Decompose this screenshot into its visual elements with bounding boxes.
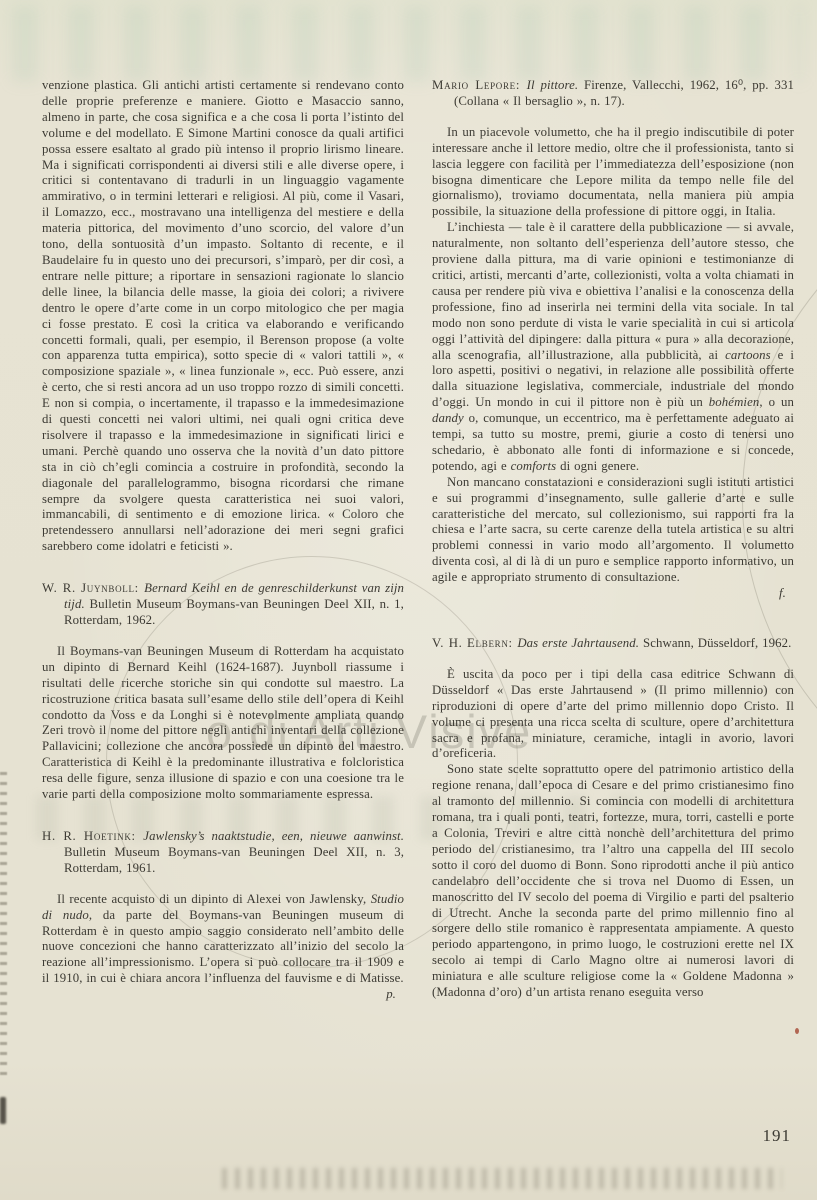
bottom-show-through xyxy=(222,1168,782,1189)
juynboll-review-paragraph: Il Boymans-van Beuningen Museum di Rotte… xyxy=(42,644,404,803)
lepore-entry-heading: Mario Lepore: Il pittore. Firenze, Valle… xyxy=(432,78,794,110)
italic-term: comforts xyxy=(511,459,557,473)
lepore-review-paragraph-1: In un piacevole volumetto, che ha il pre… xyxy=(432,125,794,220)
text-segment: di ogni genere. xyxy=(556,459,639,473)
entry-author: Mario Lepore: xyxy=(432,78,527,92)
italic-term: cartoons xyxy=(725,348,771,362)
lepore-review-paragraph-3: Non mancano constatazioni e considerazio… xyxy=(432,475,794,586)
entry-imprint: Bulletin Museum Boymans-van Beuningen De… xyxy=(64,597,404,627)
italic-term: bohémien xyxy=(709,395,760,409)
hoetink-review-paragraph: Il recente acquisto di un dipinto di Ale… xyxy=(42,892,404,987)
elbern-entry-heading: V. H. Elbern: Das erste Jahrtausend. Sch… xyxy=(432,636,794,652)
top-show-through xyxy=(12,6,802,82)
entry-imprint: Bulletin Museum Boymans-van Beuningen De… xyxy=(64,845,404,875)
left-edge-dark-mark xyxy=(0,1097,6,1124)
entry-imprint: Schwann, Düsseldorf, 1962. xyxy=(643,636,791,650)
text-segment: , da parte del Boymans-van Beuningen mus… xyxy=(42,908,404,986)
red-speck xyxy=(795,1028,799,1034)
entry-author: H. R. Hoetink: xyxy=(42,829,143,843)
text-segment: , o un xyxy=(759,395,794,409)
hoetink-entry-heading: H. R. Hoetink: Jawlensky’s naaktstudie, … xyxy=(42,829,404,877)
left-edge-show-through xyxy=(0,770,7,1075)
italic-term: dandy xyxy=(432,411,464,425)
entry-title: Das erste Jahrtausend. xyxy=(517,636,643,650)
scanned-book-page: o di Arti Visive venzione plastica. Gli … xyxy=(0,0,817,1200)
elbern-review-paragraph-2: Sono state scelte soprattutto opere del … xyxy=(432,762,794,1001)
entry-title: Jawlensky’s naaktstudie, een, nieuwe aan… xyxy=(143,829,404,843)
reviewer-initial-left: p. xyxy=(42,987,404,1003)
text-segment: Il recente acquisto di un dipinto di Ale… xyxy=(57,892,371,906)
elbern-review-paragraph-1: È uscita da poco per i tipi della casa e… xyxy=(432,667,794,762)
left-column: venzione plastica. Gli antichi artisti c… xyxy=(42,78,404,1003)
page-number: 191 xyxy=(763,1126,792,1146)
text-segment: L’inchiesta — tale è il carattere della … xyxy=(432,220,794,361)
entry-author: V. H. Elbern: xyxy=(432,636,517,650)
continuation-paragraph: venzione plastica. Gli antichi artisti c… xyxy=(42,78,404,555)
reviewer-initial-right: f. xyxy=(432,586,794,602)
right-column: Mario Lepore: Il pittore. Firenze, Valle… xyxy=(432,78,794,1001)
lepore-review-paragraph-2: L’inchiesta — tale è il carattere della … xyxy=(432,220,794,475)
juynboll-entry-heading: W. R. Juynboll: Bernard Keihl en de genr… xyxy=(42,581,404,629)
entry-title: Il pittore. xyxy=(527,78,584,92)
entry-author: W. R. Juynboll: xyxy=(42,581,144,595)
